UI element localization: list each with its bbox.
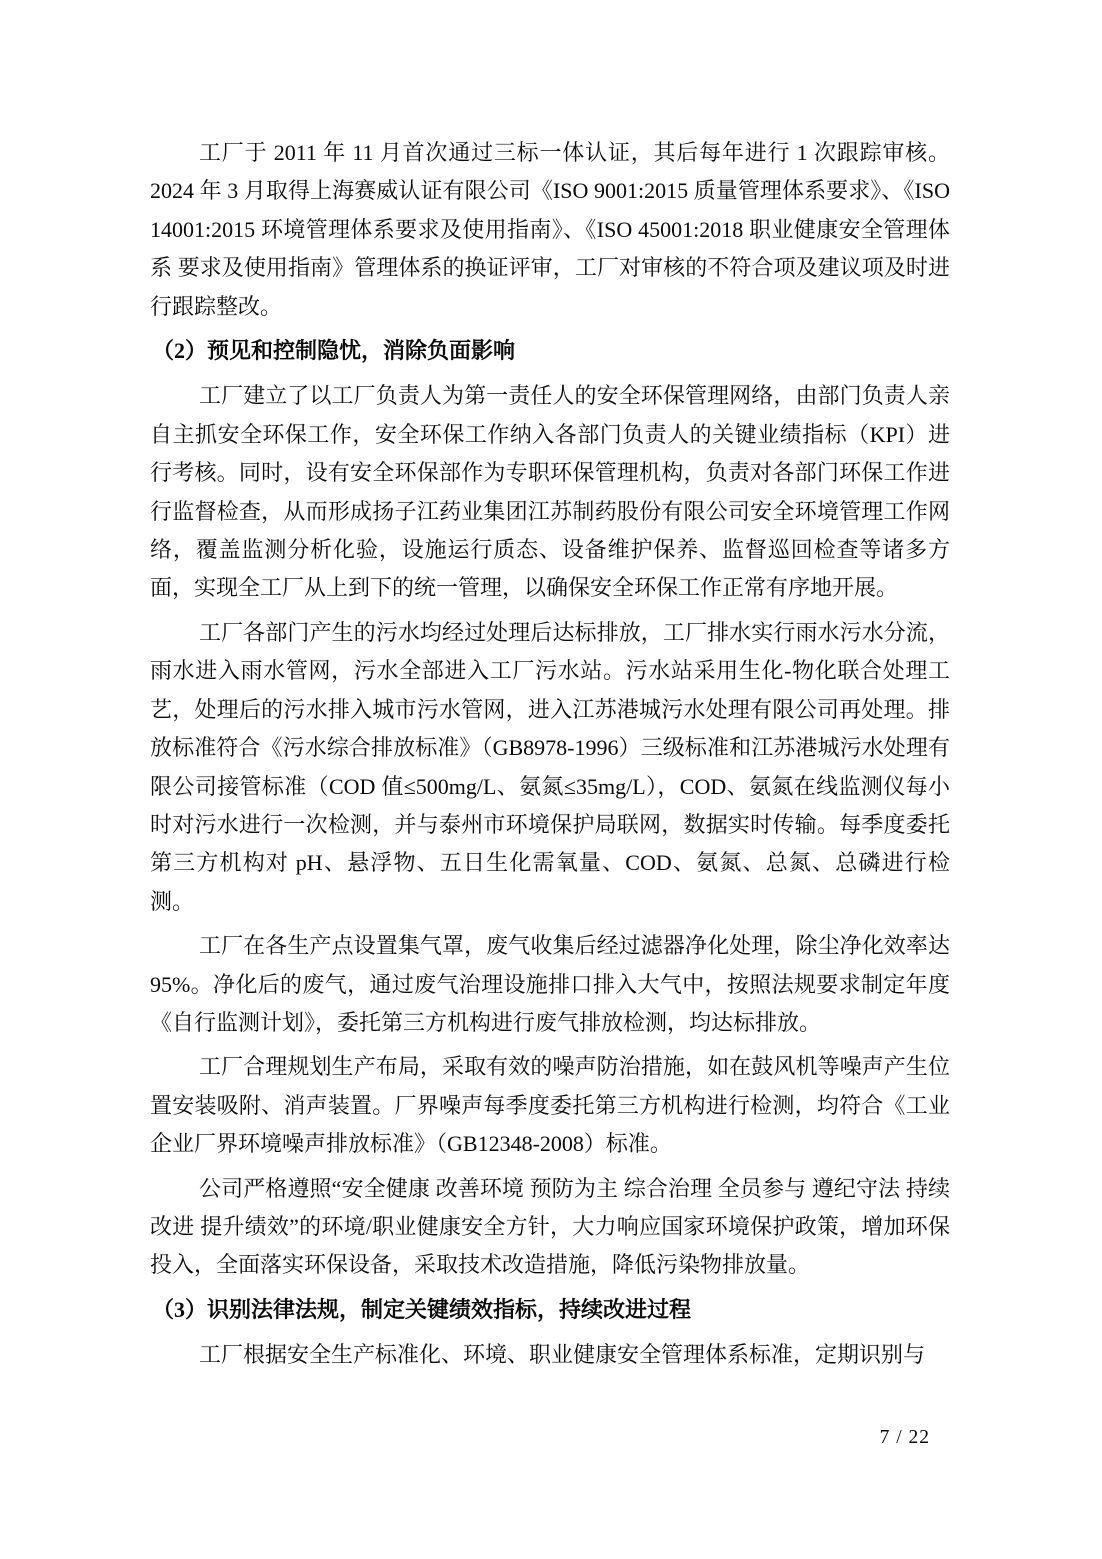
paragraph-ehs-management-network: 工厂建立了以工厂负责人为第一责任人的安全环保管理网络，由部门负责人亲自主抓安全环…	[150, 377, 950, 607]
page-number: 7 / 22	[880, 1427, 930, 1449]
paragraph-certification-audit: 工厂于 2011 年 11 月首次通过三标一体认证，其后每年进行 1 次跟踪审核…	[150, 134, 950, 326]
paragraph-wastewater-treatment: 工厂各部门产生的污水均经过处理后达标排放，工厂排水实行雨水污水分流，雨水进入雨水…	[150, 614, 950, 921]
heading-section-2: （2）预见和控制隐忧，消除负面影响	[150, 332, 950, 370]
paragraph-exhaust-gas-treatment: 工厂在各生产点设置集气罩，废气收集后经过滤器净化处理，除尘净化效率达 95%。净…	[150, 927, 950, 1042]
heading-section-3: （3）识别法律法规，制定关键绩效指标，持续改进过程	[150, 1291, 950, 1329]
paragraph-noise-control: 工厂合理规划生产布局，采取有效的噪声防治措施，如在鼓风机等噪声产生位置安装吸附、…	[150, 1048, 950, 1163]
document-page: 工厂于 2011 年 11 月首次通过三标一体认证，其后每年进行 1 次跟踪审核…	[0, 0, 1102, 1559]
paragraph-regulation-identification: 工厂根据安全生产标准化、环境、职业健康安全管理体系标准，定期识别与	[150, 1336, 950, 1374]
paragraph-ehs-policy: 公司严格遵照“安全健康 改善环境 预防为主 综合治理 全员参与 遵纪守法 持续改…	[150, 1170, 950, 1285]
